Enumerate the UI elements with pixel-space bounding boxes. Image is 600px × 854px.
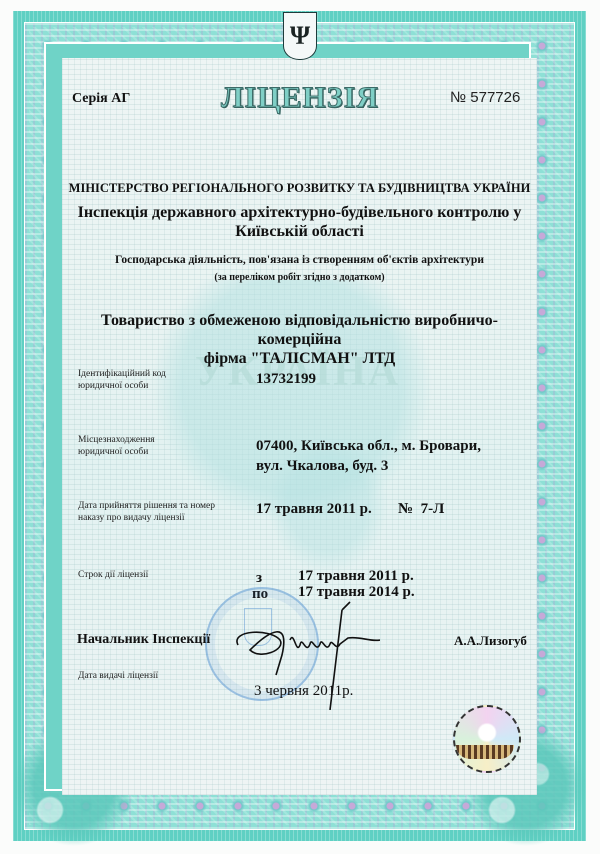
- decision-label-line-2: наказу про видачу ліцензії: [78, 512, 238, 524]
- signatory-name: А.А.Лизогуб: [454, 633, 527, 649]
- inspection-line-1: Інспекція державного архітектурно-будіве…: [62, 203, 537, 222]
- order-number: № 7-Л: [398, 501, 444, 518]
- issue-date-label: Дата видачі ліцензії: [78, 670, 238, 682]
- hologram-band: [456, 745, 514, 759]
- id-code-label-line-1: Ідентифікаційний код: [78, 368, 238, 380]
- decision-date: 17 травня 2011 р.: [256, 501, 372, 518]
- id-code-label: Ідентифікаційний код юридичної особи: [78, 368, 238, 392]
- hologram-seal: [453, 705, 521, 773]
- id-code-value: 13732199: [256, 371, 316, 388]
- signatory-position: Начальник Інспекції: [77, 632, 210, 648]
- company-line-2: фірма "ТАЛІСМАН" ЛТД: [62, 349, 537, 368]
- decision-label-line-1: Дата прийняття рішення та номер: [78, 500, 238, 512]
- validity-to-date: 17 травня 2014 р.: [298, 584, 415, 601]
- validity-label: Строк дії ліцензії: [78, 569, 238, 581]
- ministry-name: МІНІСТЕРСТВО РЕГІОНАЛЬНОГО РОЗВИТКУ ТА Б…: [62, 181, 537, 196]
- license-number: № 577726: [450, 89, 520, 106]
- company-line-1: Товариство з обмеженою відповідальністю …: [62, 311, 537, 349]
- validity-from-prefix: з: [256, 570, 262, 587]
- location-label-line-2: юридичної особи: [78, 446, 238, 458]
- inspection-name: Інспекція державного архітектурно-будіве…: [62, 203, 537, 241]
- decision-label: Дата прийняття рішення та номер наказу п…: [78, 500, 238, 524]
- location-value-line-1: 07400, Київська обл., м. Бровари,: [256, 436, 481, 456]
- coat-of-arms-icon: Ψ: [283, 12, 317, 60]
- location-value-line-2: вул. Чкалова, буд. 3: [256, 456, 481, 476]
- activity-type: Господарська діяльність, пов'язана із ст…: [62, 254, 537, 266]
- issue-date-value: 3 червня 2011р.: [254, 683, 353, 700]
- location-label-line-1: Місцезнаходження: [78, 434, 238, 446]
- location-label: Місцезнаходження юридичної особи: [78, 434, 238, 458]
- location-value: 07400, Київська обл., м. Бровари, вул. Ч…: [256, 436, 481, 476]
- validity-from-date: 17 травня 2011 р.: [298, 568, 414, 585]
- activity-note: (за переліком робіт згідно з додатком): [62, 272, 537, 283]
- inspection-line-2: Київській області: [62, 222, 537, 241]
- id-code-label-line-2: юридичної особи: [78, 380, 238, 392]
- company-name: Товариство з обмеженою відповідальністю …: [62, 311, 537, 368]
